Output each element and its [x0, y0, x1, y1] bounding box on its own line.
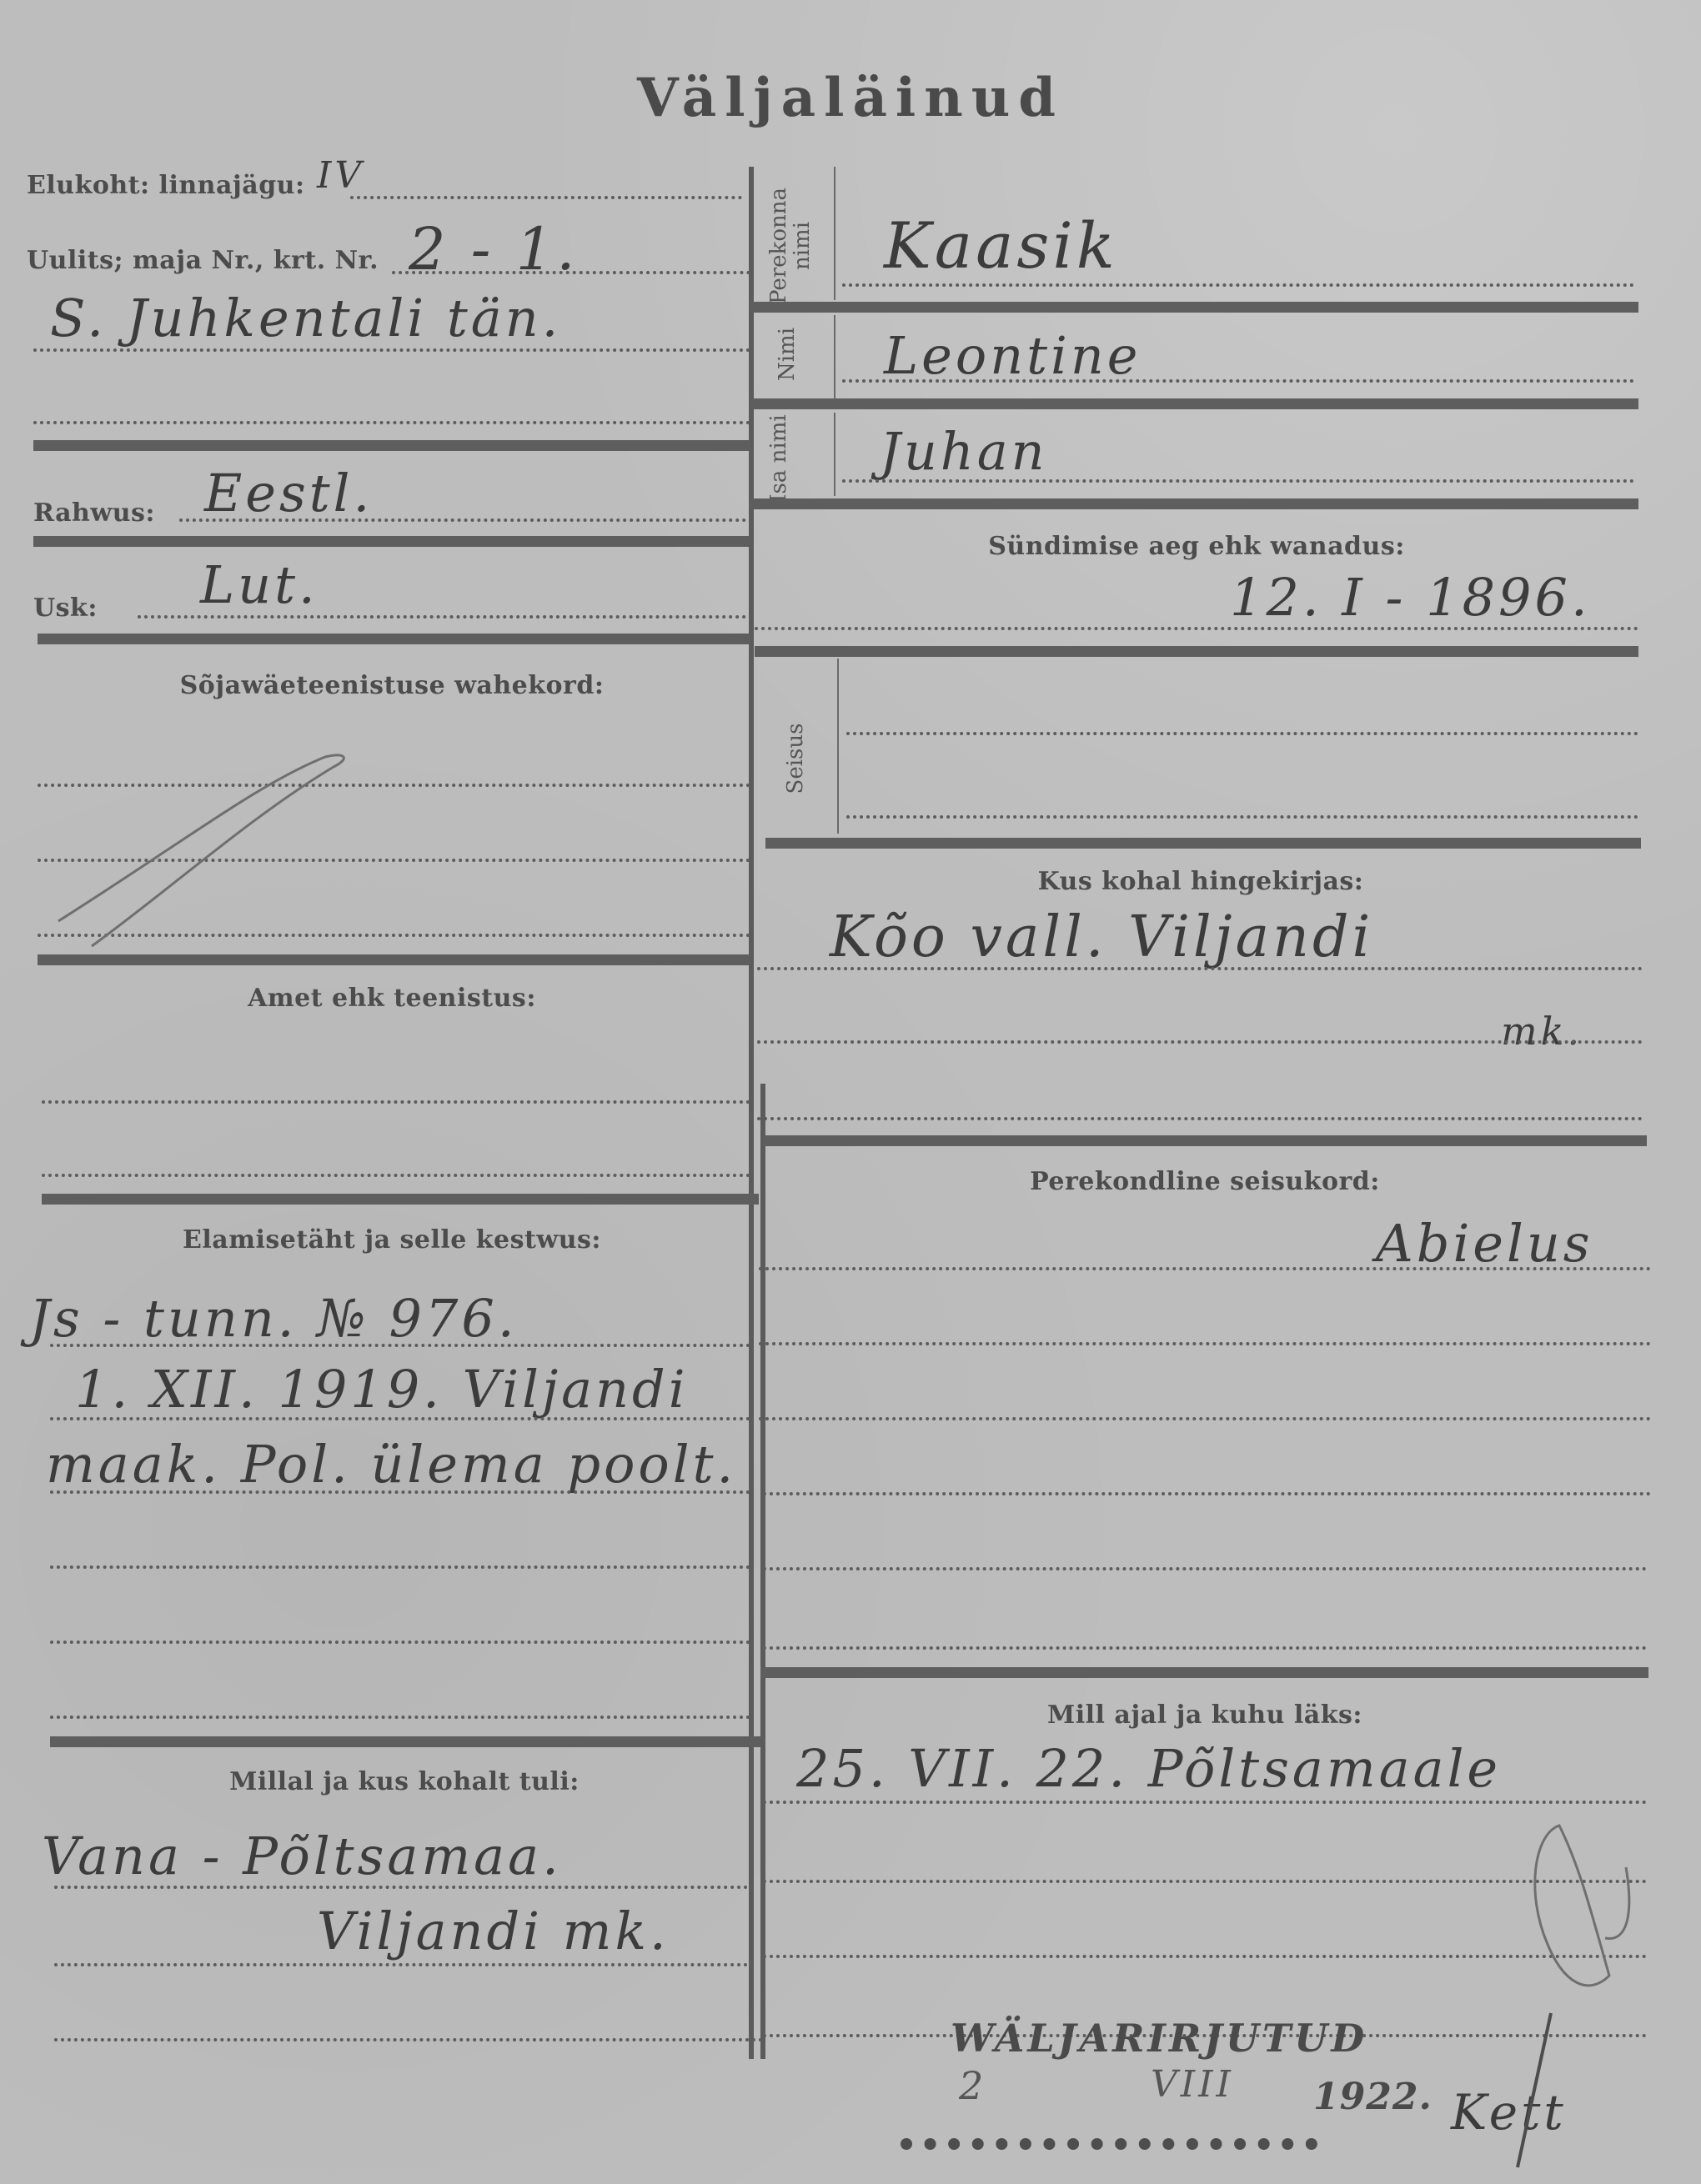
- section-divider: [38, 634, 750, 644]
- section-divider: [750, 498, 1638, 509]
- occupation-line-2: [42, 1174, 750, 1177]
- permit-line-6: [50, 1716, 750, 1719]
- family-status-line-5: [763, 1567, 1647, 1570]
- label-divider: [834, 413, 835, 496]
- stamp-title: WÄLJARIRJUTUD: [951, 2016, 1367, 2061]
- family-status-value: Abielus: [1376, 1213, 1593, 1274]
- permit-line-4: [50, 1565, 750, 1569]
- surname-line: [842, 283, 1634, 287]
- street-line-1: [392, 271, 750, 274]
- section-divider: [50, 1736, 760, 1747]
- section-divider: [755, 646, 1638, 657]
- registered-label: Kus kohal hingekirjas:: [759, 867, 1643, 896]
- column-divider-lower: [760, 1084, 765, 2059]
- family-status-line-6: [763, 1646, 1647, 1650]
- religion-line: [138, 615, 746, 619]
- status-label: Seisus: [784, 709, 817, 809]
- label-divider: [837, 659, 839, 834]
- section-divider: [750, 302, 1638, 313]
- permit-line-3: [50, 1490, 750, 1494]
- arrival-label: Millal ja kus kohalt tuli:: [50, 1767, 759, 1796]
- fathers-name-line: [842, 479, 1634, 483]
- registered-line-1: Kõo vall. Viljandi: [830, 904, 1373, 970]
- birth-value: 12. I - 1896.: [1230, 567, 1591, 628]
- label-divider: [834, 167, 835, 300]
- arrival-line-1: Vana - Põltsamaa.: [42, 1826, 562, 1886]
- signature-stroke: [1501, 2009, 1568, 2176]
- residence-permit-label: Elamisetäht ja selle kestwus:: [33, 1225, 750, 1255]
- residence-label: Elukoht: linnajägu:: [27, 171, 305, 200]
- first-name-line: [842, 379, 1634, 383]
- registered-line-3-rule: [750, 1117, 1643, 1120]
- street-label: Uulits; maja Nr., krt. Nr.: [27, 246, 379, 275]
- section-divider: [765, 838, 1641, 849]
- surname-value: Kaasik: [884, 208, 1118, 283]
- strike-through-mark: [42, 750, 359, 950]
- pencil-mark: [1501, 1817, 1668, 2001]
- stamp-month: VIII: [1151, 2063, 1234, 2106]
- departure-value: 25. VII. 22. Põltsamaale: [796, 1738, 1501, 1799]
- departure-label: Mill ajal ja kuhu läks:: [763, 1701, 1647, 1730]
- military-label: Sõjawäeteenistuse wahekord:: [33, 671, 750, 700]
- family-status-line-4: [763, 1492, 1651, 1495]
- arrival-line-2-rule: [54, 1963, 755, 1966]
- label-divider: [834, 315, 835, 398]
- registered-line-2-rule: [750, 1040, 1643, 1044]
- permit-line-2: [50, 1417, 750, 1420]
- residence-permit-line-3: maak. Pol. ülema poolt.: [46, 1434, 736, 1495]
- occupation-label: Amet ehk teenistus:: [33, 984, 750, 1013]
- arrival-line-3-rule: [54, 2038, 763, 2041]
- section-divider: [750, 398, 1638, 409]
- section-divider: [42, 1194, 759, 1205]
- street-name-value: S. Juhkentali tän.: [50, 288, 561, 348]
- street-line-3: [33, 421, 750, 424]
- family-status-line-3: [759, 1417, 1651, 1420]
- fathers-name-value: Juhan: [880, 421, 1048, 482]
- stamp-day: 2: [959, 2063, 986, 2108]
- nationality-value: Eestl.: [204, 463, 373, 523]
- residence-permit-line-2: 1. XII. 1919. Viljandi: [75, 1359, 689, 1420]
- family-status-label: Perekondline seisukord:: [763, 1167, 1647, 1196]
- stamp-dotted-line: [901, 2138, 1317, 2150]
- section-divider: [33, 536, 750, 547]
- street-line-2: [33, 348, 750, 352]
- permit-line-5: [50, 1641, 750, 1644]
- arrival-line-2: Viljandi mk.: [317, 1901, 670, 1961]
- fathers-name-label: Isa nimi: [767, 413, 817, 504]
- religion-label: Usk:: [33, 594, 98, 623]
- section-divider: [763, 1135, 1647, 1146]
- arrival-line-1-rule: [54, 1886, 755, 1889]
- birth-label: Sündimise aeg ehk wanadus:: [755, 532, 1638, 561]
- status-line-2: [846, 815, 1638, 819]
- residence-permit-line-1: Js - tunn. № 976.: [29, 1288, 518, 1349]
- section-divider: [38, 954, 750, 965]
- surname-label: Perekonna nimi: [767, 179, 817, 313]
- birth-line: [755, 627, 1638, 630]
- status-line-1: [846, 732, 1638, 735]
- family-status-line-1: [759, 1267, 1651, 1270]
- occupation-line-1: [42, 1100, 750, 1104]
- document-title: Väljaläinud: [0, 67, 1701, 129]
- religion-value: Lut.: [200, 554, 319, 615]
- family-status-line-2: [759, 1342, 1651, 1345]
- departure-line-1: [763, 1801, 1647, 1804]
- residence-line: [350, 196, 742, 199]
- first-name-value: Leontine: [884, 325, 1142, 386]
- section-divider: [33, 440, 750, 451]
- stamp-year: 1922.: [1313, 2076, 1433, 2118]
- nationality-line: [179, 518, 746, 522]
- nationality-label: Rahwus:: [33, 498, 155, 528]
- registered-line-2: mk.: [1501, 1009, 1583, 1054]
- permit-line-1: [50, 1344, 750, 1347]
- first-name-label: Nimi: [775, 313, 809, 396]
- residence-value: IV: [317, 154, 364, 197]
- registered-line-1-rule: [750, 967, 1643, 970]
- section-divider: [760, 1667, 1648, 1678]
